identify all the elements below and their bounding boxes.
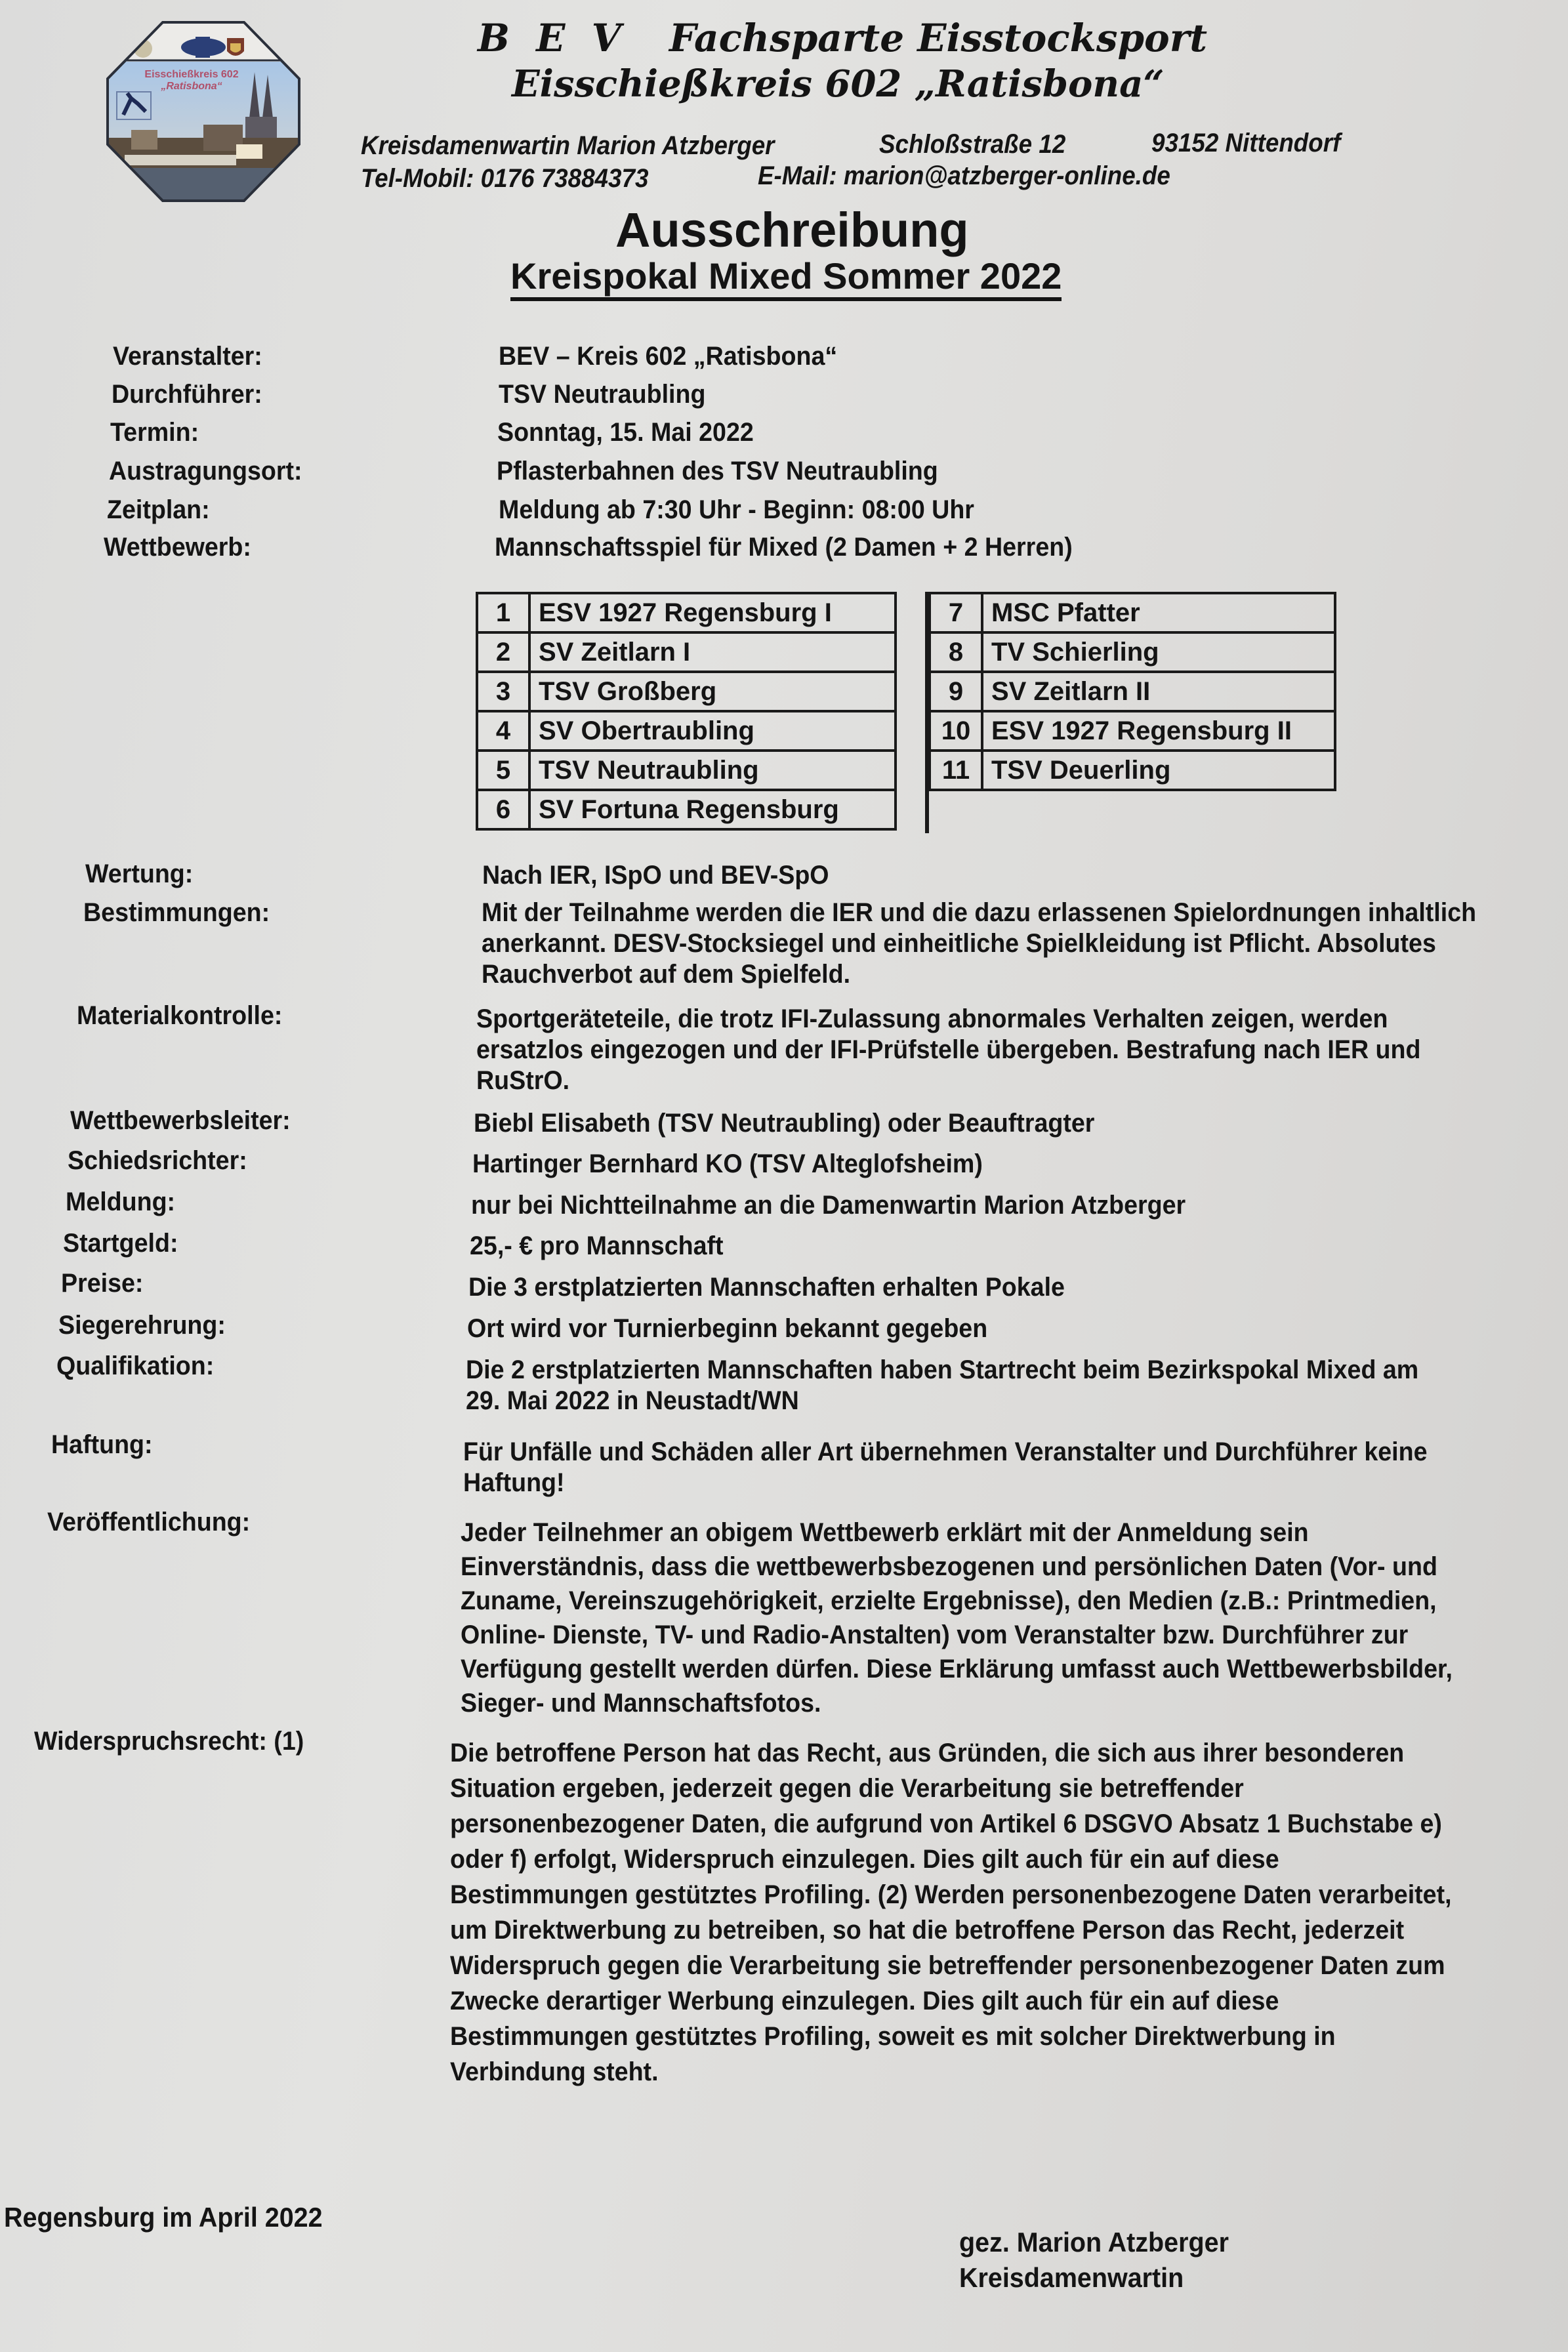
field-value: Biebl Elisabeth (TSV Neutraubling) oder …	[474, 1109, 1094, 1138]
field-value: nur bei Nichtteilnahme an die Damenwarti…	[471, 1191, 1186, 1220]
contact-email: E-Mail: marion@atzberger-online.de	[758, 161, 1170, 191]
field-value: Die 2 erstplatzierten Mannschaften haben…	[466, 1355, 1453, 1416]
team-number: 11	[930, 751, 982, 790]
team-name: SV Zeitlarn II	[982, 672, 1335, 711]
team-number: 8	[930, 632, 982, 672]
table-row: 11TSV Deuerling	[930, 751, 1335, 790]
team-number: 9	[930, 672, 982, 711]
team-name: TV Schierling	[982, 632, 1335, 672]
signature-role: Kreisdamenwartin	[959, 2262, 1184, 2294]
field-value: Hartinger Bernhard KO (TSV Alteglofsheim…	[472, 1149, 983, 1179]
contact-name: Kreisdamenwartin Marion Atzberger	[361, 131, 775, 161]
field-value: Mit der Teilnahme werden die IER und die…	[482, 897, 1481, 990]
field-value: Nach IER, ISpO und BEV-SpO	[482, 861, 829, 890]
field-label: Austragungsort:	[109, 457, 302, 486]
field-label: Startgeld:	[63, 1229, 178, 1258]
contact-street: Schloßstraße 12	[879, 130, 1065, 159]
svg-text:„Ratisbona“: „Ratisbona“	[160, 81, 222, 92]
team-name: SV Fortuna Regensburg	[529, 790, 896, 829]
table-row: 4SV Obertraubling	[477, 711, 896, 751]
table-row: 10ESV 1927 Regensburg II	[930, 711, 1335, 751]
field-label: Wettbewerbsleiter:	[70, 1106, 291, 1136]
district-logo-octagon-icon: Eisschießkreis 602 „Ratisbona“	[105, 20, 302, 203]
district-name: Eisschießkreis 602 „Ratisbona“	[512, 62, 1165, 106]
teams-table-right: 7MSC Pfatter 8TV Schierling 9SV Zeitlarn…	[928, 592, 1336, 791]
table-row: 1ESV 1927 Regensburg I	[477, 593, 896, 632]
field-value: Jeder Teilnehmer an obigem Wettbewerb er…	[461, 1516, 1478, 1720]
table-row: 5TSV Neutraubling	[477, 751, 896, 790]
team-name: TSV Großberg	[529, 672, 896, 711]
table-row: 8TV Schierling	[930, 632, 1335, 672]
field-label: Preise:	[61, 1269, 143, 1298]
field-label: Schiedsrichter:	[68, 1146, 247, 1176]
team-number: 3	[477, 672, 529, 711]
team-number: 1	[477, 593, 529, 632]
table-row: 3TSV Großberg	[477, 672, 896, 711]
team-name: SV Zeitlarn I	[529, 632, 896, 672]
table-row: 2SV Zeitlarn I	[477, 632, 896, 672]
team-number: 6	[477, 790, 529, 829]
page-title: Ausschreibung	[615, 202, 969, 258]
team-name: TSV Neutraubling	[529, 751, 896, 790]
team-name: ESV 1927 Regensburg II	[982, 711, 1335, 751]
field-label: Veröffentlichung:	[47, 1508, 250, 1537]
org-short-name: B E V	[478, 16, 628, 60]
teams-table-left: 1ESV 1927 Regensburg I 2SV Zeitlarn I 3T…	[476, 592, 897, 831]
contact-phone: Tel-Mobil: 0176 73884373	[361, 164, 648, 194]
field-value: Meldung ab 7:30 Uhr - Beginn: 08:00 Uhr	[499, 495, 974, 525]
field-label: Wettbewerb:	[104, 533, 251, 562]
field-label: Materialkontrolle:	[77, 1001, 282, 1031]
field-value: Sportgeräteteile, die trotz IFI-Zulassun…	[476, 1004, 1463, 1096]
team-number: 10	[930, 711, 982, 751]
field-label: Zeitplan:	[107, 495, 210, 525]
field-label: Veranstalter:	[113, 342, 262, 371]
field-label: Bestimmungen:	[83, 898, 270, 928]
field-label: Haftung:	[51, 1430, 153, 1460]
table-row: 7MSC Pfatter	[930, 593, 1335, 632]
page-subtitle: Kreispokal Mixed Sommer 2022	[510, 257, 1062, 301]
field-label: Termin:	[110, 418, 199, 447]
team-name: ESV 1927 Regensburg I	[529, 593, 896, 632]
field-value: Die betroffene Person hat das Recht, aus…	[450, 1735, 1462, 2090]
field-value: Ort wird vor Turnierbeginn bekannt gegeb…	[467, 1314, 987, 1344]
field-label: Meldung:	[66, 1187, 175, 1217]
field-value: 25,- € pro Mannschaft	[470, 1231, 724, 1261]
field-value: Pflasterbahnen des TSV Neutraubling	[497, 457, 938, 486]
team-name: MSC Pfatter	[982, 593, 1335, 632]
table-row: 9SV Zeitlarn II	[930, 672, 1335, 711]
signature: gez. Marion Atzberger	[959, 2227, 1229, 2258]
field-value: Mannschaftsspiel für Mixed (2 Damen + 2 …	[495, 533, 1073, 562]
field-label: Wertung:	[85, 859, 193, 889]
district-logo: Eisschießkreis 602 „Ratisbona“	[105, 20, 302, 203]
team-number: 2	[477, 632, 529, 672]
field-value: Sonntag, 15. Mai 2022	[497, 418, 754, 447]
field-label: Widerspruchsrecht: (1)	[34, 1727, 304, 1756]
field-label: Siegerehrung:	[58, 1311, 226, 1340]
svg-text:Eisschießkreis 602: Eisschießkreis 602	[144, 69, 238, 80]
place-and-date: Regensburg im April 2022	[4, 2202, 323, 2233]
field-value: Die 3 erstplatzierten Mannschaften erhal…	[468, 1273, 1065, 1302]
team-name: SV Obertraubling	[529, 711, 896, 751]
division-name: Fachsparte Eisstocksport	[669, 16, 1207, 60]
contact-city: 93152 Nittendorf	[1151, 129, 1340, 158]
field-label: Qualifikation:	[56, 1351, 214, 1381]
team-number: 7	[930, 593, 982, 632]
team-name: TSV Deuerling	[982, 751, 1335, 790]
field-value: TSV Neutraubling	[499, 380, 705, 409]
field-label: Durchführer:	[112, 380, 262, 409]
field-value: Für Unfälle und Schäden aller Art überne…	[463, 1437, 1499, 1498]
field-value: BEV – Kreis 602 „Ratisbona“	[499, 342, 837, 371]
table-row: 6SV Fortuna Regensburg	[477, 790, 896, 829]
team-number: 5	[477, 751, 529, 790]
team-number: 4	[477, 711, 529, 751]
